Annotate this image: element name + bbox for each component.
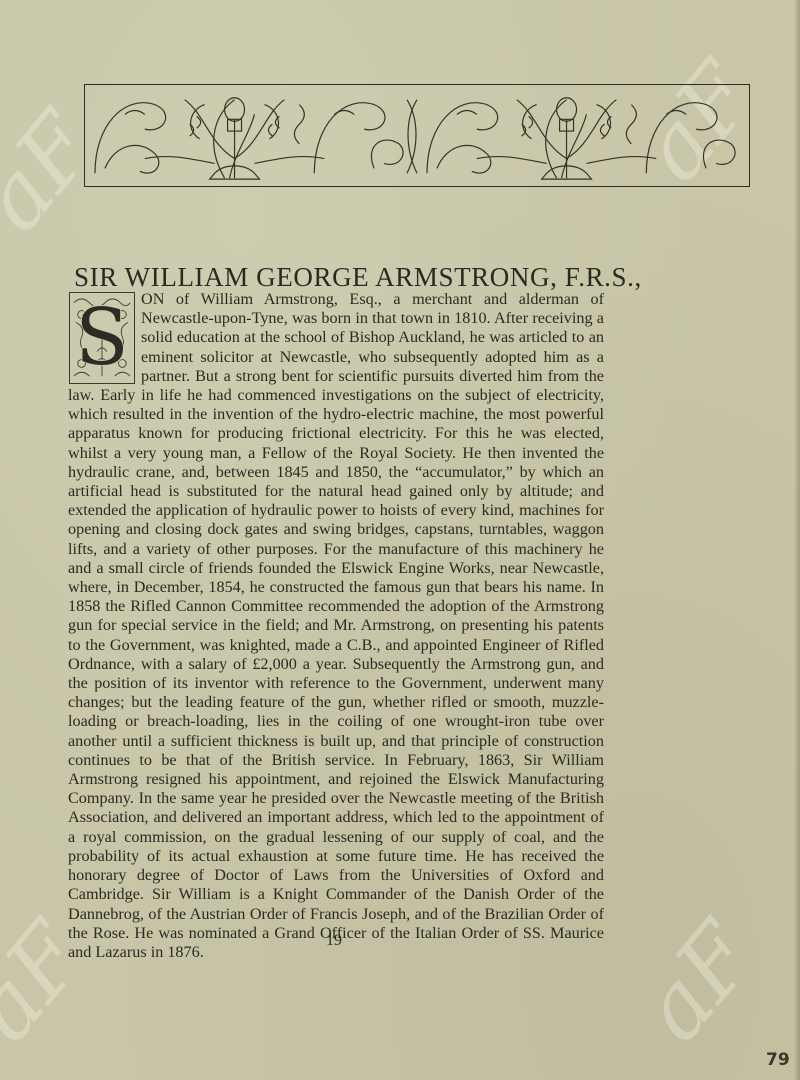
- watermark: aF: [621, 904, 776, 1060]
- folio-stamp: 79: [766, 1050, 790, 1070]
- article-body: S ON of William Armstrong, Esq., a merch…: [68, 290, 604, 962]
- article-text: ON of William Armstrong, Esq., a merchan…: [68, 290, 604, 961]
- page-edge-shadow: [794, 0, 800, 1080]
- page-number: 19: [326, 932, 342, 950]
- header-ornament: [84, 84, 750, 187]
- drop-cap: S: [69, 292, 135, 384]
- drop-cap-letter: S: [70, 293, 134, 383]
- page-title: SIR WILLIAM GEORGE ARMSTRONG, F.R.S.,: [74, 262, 754, 293]
- scrollwork-ornament-icon: [85, 85, 749, 186]
